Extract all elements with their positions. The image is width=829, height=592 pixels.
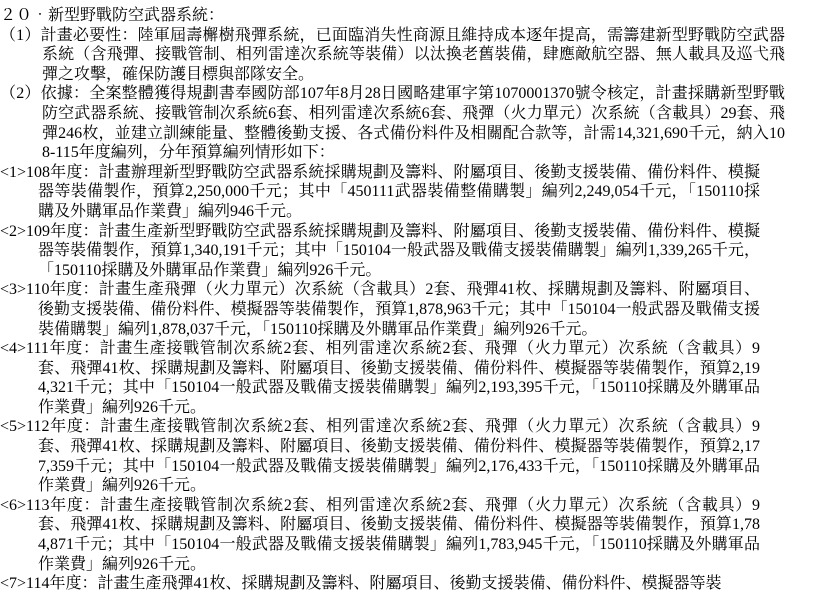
subitem-5-label: <5>	[0, 418, 26, 435]
subitem-4-text: 111年度：計畫生產接戰管制次系統2套、相列雷達次系統2套、飛彈（火力單元）次系…	[26, 340, 760, 416]
subitem-6-text: 113年度：計畫生產接戰管制次系統2套、相列雷達次系統2套、飛彈（火力單元）次系…	[26, 497, 760, 573]
subitem-7-label: <7>	[0, 575, 26, 592]
item-paragraph-1: （1）計畫必要性：陸軍屆壽檞樹飛彈系統，已面臨消失性商源且維持成本逐年提高，需籌…	[0, 26, 785, 85]
subitem-paragraph-1: <1>108年度：計畫辦理新型野戰防空武器系統採購規劃及籌料、附屬項目、後勤支援…	[0, 163, 760, 222]
subitem-7-text: 114年度：計畫生產飛彈41枚、採購規劃及籌料、附屬項目、後勤支援裝備、備份料件…	[26, 575, 721, 592]
section-number: ２０‧	[0, 7, 48, 24]
subitem-paragraph-4: <4>111年度：計畫生產接戰管制次系統2套、相列雷達次系統2套、飛彈（火力單元…	[0, 339, 760, 417]
subitem-1-label: <1>	[0, 164, 26, 181]
subitem-paragraph-2: <2>109年度：計畫生產新型野戰防空武器系統採購規劃及籌料、附屬項目、後勤支援…	[0, 222, 760, 281]
subitem-2-label: <2>	[0, 223, 26, 240]
section-title: 新型野戰防空武器系統：	[48, 7, 224, 24]
subitem-3-text: 110年度：計畫生產飛彈（火力單元）次系統（含載具）2套、飛彈41枚、採購規劃及…	[26, 281, 760, 337]
item-1-text: 計畫必要性：陸軍屆壽檞樹飛彈系統，已面臨消失性商源且維持成本逐年提高，需籌建新型…	[41, 27, 785, 83]
subitem-2-text: 109年度：計畫生產新型野戰防空武器系統採購規劃及籌料、附屬項目、後勤支援裝備、…	[26, 223, 760, 279]
subitem-3-label: <3>	[0, 281, 26, 298]
subitem-paragraph-7: <7>114年度：計畫生產飛彈41枚、採購規劃及籌料、附屬項目、後勤支援裝備、備…	[0, 574, 760, 592]
item-1-label: （1）	[0, 27, 41, 44]
subitem-paragraph-3: <3>110年度：計畫生產飛彈（火力單元）次系統（含載具）2套、飛彈41枚、採購…	[0, 280, 760, 339]
subitem-paragraph-6: <6>113年度：計畫生產接戰管制次系統2套、相列雷達次系統2套、飛彈（火力單元…	[0, 496, 760, 574]
item-paragraph-2: （2）依據：全案整體獲得規劃書奉國防部107年8月28日國略建軍字第107000…	[0, 84, 785, 162]
subitem-4-label: <4>	[0, 340, 26, 357]
subitem-5-text: 112年度：計畫生產接戰管制次系統2套、相列雷達次系統2套、飛彈（火力單元）次系…	[26, 418, 760, 494]
document-page: ２０‧新型野戰防空武器系統： （1）計畫必要性：陸軍屆壽檞樹飛彈系統，已面臨消失…	[0, 0, 829, 592]
item-2-label: （2）	[0, 85, 41, 102]
subitem-1-text: 108年度：計畫辦理新型野戰防空武器系統採購規劃及籌料、附屬項目、後勤支援裝備、…	[26, 164, 760, 220]
section-heading: ２０‧新型野戰防空武器系統：	[0, 6, 801, 26]
subitem-paragraph-5: <5>112年度：計畫生產接戰管制次系統2套、相列雷達次系統2套、飛彈（火力單元…	[0, 417, 760, 495]
subitem-6-label: <6>	[0, 497, 26, 514]
item-2-text: 依據：全案整體獲得規劃書奉國防部107年8月28日國略建軍字第107000137…	[41, 85, 785, 161]
